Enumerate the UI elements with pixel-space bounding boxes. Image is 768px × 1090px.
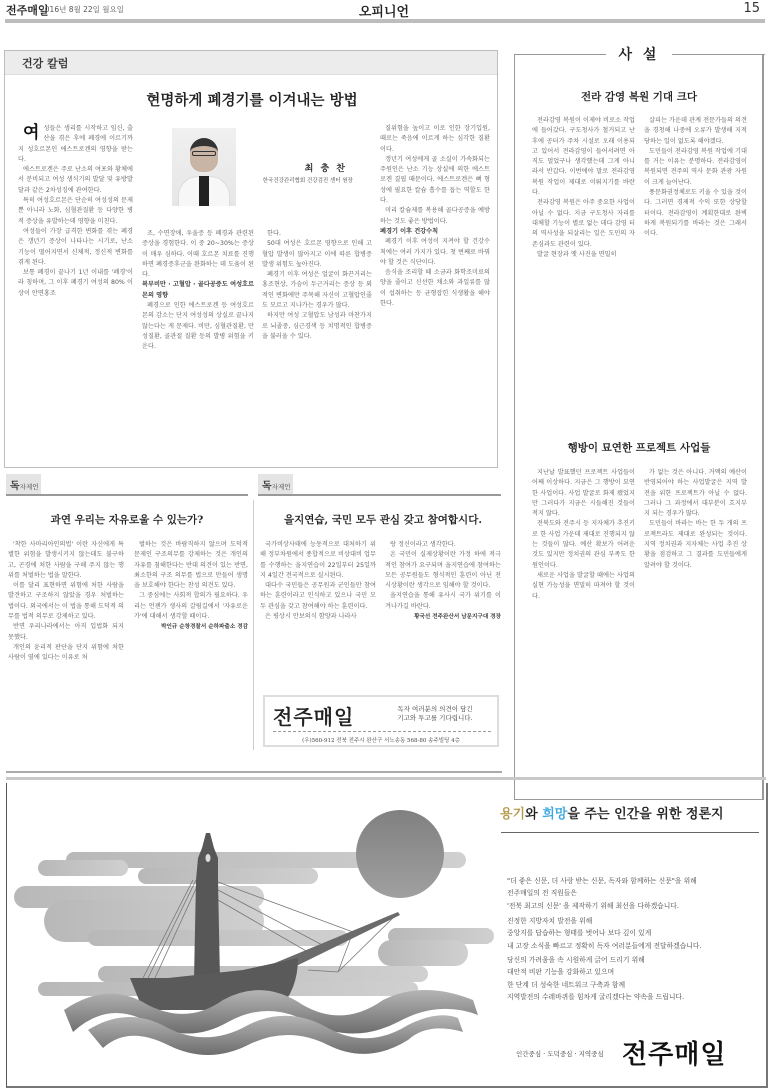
subheading: 복부비만 · 고혈압 · 골다공증도 여성호르몬의 영향 <box>142 280 254 301</box>
paragraph: 반면 우리나라에서는 아직 입법화 되지 못했다. <box>8 622 124 643</box>
paragraph: 랑 정신이라고 생각한다. <box>385 540 501 550</box>
paragraph: 한다. <box>262 229 372 239</box>
section-rule <box>6 777 766 780</box>
reader-column-title-2: 을지연습, 국민 모두 관심 갖고 참여합시다. <box>258 512 508 527</box>
portrait-glasses <box>192 151 216 156</box>
slogan-text: 와 <box>525 807 542 822</box>
editorial-title-1: 전라 감영 복원 기대 크다 <box>514 89 764 104</box>
paragraph: 하지만 여성 고혈압도 남성과 마찬가지로 뇌졸중, 심근경색 등 치명적인 합… <box>262 311 372 342</box>
section-title: 오피니언 <box>0 1 768 20</box>
reader-1-byline: 박인규 순창경찰서 순하파출소 경감 <box>134 622 248 632</box>
promo-line: 중앙지를 답습하는 형태를 벗어나 보다 깊이 있게 <box>507 927 762 939</box>
masthead-rule <box>5 19 765 23</box>
paragraph: 살피는 가운데 관계 전문가들의 의견을 경청해 나중에 오류가 발생해 지적당… <box>644 116 747 147</box>
page-number: 15 <box>743 1 760 16</box>
health-column: 건강 칼럼 현명하게 폐경기를 이겨내는 방법 여성들은 생리를 시작하고 임신… <box>4 50 498 468</box>
health-column-category: 건강 칼럼 <box>5 51 497 75</box>
promo-line: 지역발전의 수레바퀴를 힘차게 굴리겠다는 약속을 드립니다. <box>507 991 762 1003</box>
author-name: 최 충 찬 <box>235 161 347 174</box>
author-title: 한국건강관리협회 건강검진 센터 원장 <box>233 176 353 184</box>
paragraph: 에스트로겐은 주로 난소의 여포와 황체에서 분비되고 여성 생식기의 발달 및… <box>18 165 133 196</box>
paragraph: 전라감영 복원이 이제야 비로소 작업에 들어갔다. 구도청사가 철거되고 난 … <box>532 116 635 198</box>
reader-tag-rest: 자제언 <box>20 483 39 491</box>
paragraph: 발굴 현장과 옛 사진을 면밀히 <box>532 250 635 260</box>
submission-message: 독자 여러분의 의견이 담긴 기고와 투고를 기다립니다. <box>380 705 490 723</box>
editorial-2-col-d: 가 없는 것은 아니다. 거액의 예산이 반영되어야 하는 사업발굴은 지역 발… <box>644 468 747 571</box>
promo-paragraph-3: 당신의 가려움을 속 시원하게 긁어 드리기 위해 대안적 비판 기능을 강화하… <box>507 954 762 1004</box>
column-divider <box>253 500 254 750</box>
slogan-underline <box>501 832 759 833</box>
reader-column-header: 독자제언 <box>258 474 501 496</box>
paragraph: '착한 사마리아인의법' 이란 자신에게 특별한 위험을 발생시키지 않는데도 … <box>8 540 124 581</box>
submission-message-line: 기고와 투고를 기다립니다. <box>380 714 490 723</box>
reader-tag-rest: 자제언 <box>272 483 291 491</box>
paragraph: 국가비상사태에 능동적으로 대처하기 위해 정부차원에서 종합적으로 비상대비 … <box>260 540 376 581</box>
promo-line: "더 좋은 신문, 더 사랑 받는 신문, 독자와 함께하는 신문"을 위해 <box>507 875 762 887</box>
masthead: 전주매일 2016년 8월 22일 월요일 오피니언 15 <box>0 0 768 20</box>
paragraph: 50대 여성은 호르몬 영향으로 인해 고혈압 발생이 많아지고 이에 따른 합… <box>262 239 372 270</box>
portrait-tie <box>199 176 209 206</box>
ship-illustration <box>8 800 498 1085</box>
health-column-text-col3: 한다. 50대 여성은 호르몬 영향으로 인해 고혈압 발생이 많아지고 이에 … <box>262 229 372 342</box>
paragraph: 개인의 윤리적 판단을 단지 위험에 처한 사람이 옆에 있다는 이유로 처 <box>8 643 124 664</box>
slogan-text: 을 주는 인간을 위한 정론지 <box>567 807 723 822</box>
paragraph: 이를 달리 표현하면 위험에 처한 사람을 발견하고 구조하지 않았을 경우 처… <box>8 581 124 622</box>
promo-paragraph-1: "더 좋은 신문, 더 사랑 받는 신문, 독자와 함께하는 신문"을 위해 전… <box>507 875 762 912</box>
author-portrait <box>172 128 236 206</box>
paragraph: 미리 칼슘제를 복용해 골다공증을 예방하는 것도 좋은 방법이다. <box>380 206 490 227</box>
paragraph: 지난날 발표했던 프로젝트 사업들이 어째 이상하다. 지금은 그 행방이 묘연… <box>532 468 635 519</box>
editorial-2-col-c: 지난날 발표했던 프로젝트 사업들이 어째 이상하다. 지금은 그 행방이 묘연… <box>532 468 635 602</box>
reader-column-header: 독자제언 <box>6 474 248 496</box>
paragraph: 음식을 조리할 때 소금과 화학조미료의 양을 줄이고 신선한 채소와 과일류를… <box>380 268 490 309</box>
reader-2-col-2: 랑 정신이라고 생각한다. 온 국민이 실제상황이란 가정 하에 적극적인 참여… <box>385 540 501 622</box>
submission-message-line: 독자 여러분의 의견이 담긴 <box>380 705 490 714</box>
reader-2-byline: 황국선 전주완산서 남문지구대 경장 <box>385 612 501 622</box>
editorial-1-col-b: 살피는 가운데 관계 전문가들의 의견을 경청해 나중에 오류가 발생해 지적당… <box>644 116 747 240</box>
health-column-title: 현명하게 폐경기를 이겨내는 방법 <box>5 89 499 110</box>
paragraph: 은 평상시 안보의식 함양과 나라사 <box>260 612 376 622</box>
subheading: 폐경기 이후 건강수칙 <box>380 227 490 237</box>
health-column-text-col1: 여성들은 생리를 시작하고 임신, 출산을 겪은 후에 폐경에 이르기까지 성호… <box>18 124 133 299</box>
paragraph: 조, 수면장애, 우울증 등 폐경과 관련된 증상을 경험한다. 이 중 20~… <box>142 229 254 280</box>
paragraph: 을지연습을 통해 유사시 국가 위기를 이겨나가길 바란다. <box>385 591 501 612</box>
promo-line: 진정한 지방자치 발전을 위해 <box>507 915 762 927</box>
paragraph: 도민들이 바라는 바는 한 두 개의 프로젝트라도 제대로 완성되는 것이다. … <box>644 519 747 570</box>
paragraph: 특히 여성호르몬은 단순히 여성성의 문제뿐 아니라 노화, 심혈관질환 등 다… <box>18 196 133 227</box>
dropcap: 여 <box>23 124 39 142</box>
promo-line: 당신의 가려움을 속 시원하게 긁어 드리기 위해 <box>507 954 762 966</box>
paragraph: 그 중심에는 사회적 합의가 필요하다. 우리는 언젠가 생사의 갈림길에서 '… <box>134 591 248 622</box>
editorial-1-col-a: 전라감영 복원이 이제야 비로소 작업에 들어갔다. 구도청사가 철거되고 난 … <box>532 116 635 260</box>
paragraph: 보통 폐경이 끝나기 1년 이내를 '폐경'이라 칭하며, 그 이후 폐경기 여… <box>18 268 133 299</box>
paragraph: 가 없는 것은 아니다. 거액의 예산이 반영되어야 하는 사업발굴은 지역 발… <box>644 468 747 519</box>
paragraph: 전북도와 전주시 등 지자체가 추진키로 한 사업 가운데 제대로 진행되지 않… <box>532 519 635 570</box>
reader-tag-char: 독 <box>262 481 272 492</box>
dashed-divider <box>273 731 491 732</box>
promo-line: 한 단계 더 성숙한 네트워크 구축과 함께 <box>507 979 762 991</box>
paper-logo: 전주매일 <box>273 701 354 730</box>
slogan-word-hope: 희망 <box>542 807 567 822</box>
paragraph: 전라감영 복원은 아주 중요한 사업이 아닐 수 없다. 지금 구도청사 자리를… <box>532 198 635 249</box>
paragraph: 질위험을 높이고 이로 인한 장기입원, 때로는 죽음에 이르게 하는 심각한 … <box>380 124 490 155</box>
paragraph: 대다수 국민들은 공무원과 군인들만 참여하는 훈련이라고 인식하고 있으나 국… <box>260 581 376 612</box>
paragraph: 폐경기 이후 여성이 지켜야 할 건강수칙에는 여러 가지가 있다. 첫 번째로… <box>380 237 490 268</box>
reader-tag-char: 독 <box>10 481 20 492</box>
promo-line: '전북 최고의 신문' 을 제작하기 위해 최선을 다하겠습니다. <box>507 900 762 912</box>
health-column-text-col4: 질위험을 높이고 이로 인한 장기입원, 때로는 죽음에 이르게 하는 심각한 … <box>380 124 490 309</box>
promo-line: 내 고장 소식을 빠르고 정확히 독자 여러분들에게 전달하겠습니다. <box>507 940 762 952</box>
promo-tagline: 인간중심 · 도덕중심 · 지역중심 <box>516 1049 604 1058</box>
reader-tag: 독자제언 <box>258 474 293 494</box>
paragraph: 폐경으로 인한 에스트로겐 등 여성호르몬의 감소는 단지 여성성의 상실로 끝… <box>142 301 254 352</box>
reader-2-col-1: 국가비상사태에 능동적으로 대처하기 위해 정부차원에서 종합적으로 비상대비 … <box>260 540 376 622</box>
paragraph: 갱년기 여성에게 골 소실이 가속화되는 주원인은 난소 기능 상실에 의한 에… <box>380 155 490 206</box>
promo-slogan: 용기와 희망을 주는 인간을 위한 정론지 <box>500 803 760 822</box>
paragraph: 도민들이 전라감영 복원 작업에 기대를 거는 이유는 분명하다. 전라감영이 … <box>644 147 747 188</box>
editorial-title-2: 행방이 묘연한 프로젝트 사업들 <box>514 440 764 455</box>
postal-address: (우)560-912 전북 전주시 완산구 서노송동 568-80 송주빌딩 4… <box>265 736 497 744</box>
reader-tag: 독자제언 <box>6 474 41 494</box>
section-rule <box>6 771 502 773</box>
promo-paragraph-2: 진정한 지방자치 발전을 위해 중앙지를 답습하는 형태를 벗어나 보다 깊이 … <box>507 915 762 952</box>
submission-notice-box: 전주매일 독자 여러분의 의견이 담긴 기고와 투고를 기다립니다. (우)56… <box>263 695 499 747</box>
reader-1-col-1: '착한 사마리아인의법' 이란 자신에게 특별한 위험을 발생시키지 않는데도 … <box>8 540 124 664</box>
paragraph: 온 국민이 실제상황이란 가정 하에 적극적인 참여가 요구되며 을지연습에 참… <box>385 550 501 591</box>
promo-logo: 전주매일 <box>622 1034 726 1071</box>
reader-1-col-2: 벌하는 것은 바람직하지 않으며 도덕적 문제인 구조의무를 강제하는 것은 개… <box>134 540 248 633</box>
paragraph: 폐경기 이후 여성은 얼굴이 화끈거리는 홍조현상, 가슴이 두근거리는 증상 … <box>262 270 372 311</box>
paragraph: 새로운 사업을 발굴할 때에는 사업의 실현 가능성을 면밀히 따져야 할 것이… <box>532 571 635 602</box>
paragraph: 풍문화권정체로도 키울 수 있을 것이다. 그러면 경제적 수익 또한 상당할 … <box>644 188 747 239</box>
promo-line: 전주매일의 전 직원들은 <box>507 887 762 899</box>
health-column-text-col2: 조, 수면장애, 우울증 등 폐경과 관련된 증상을 경험한다. 이 중 20~… <box>142 229 254 353</box>
paragraph: 여성들이 가장 급격한 변화를 겪는 폐경은 갱년기 증상이 나타나는 시기로,… <box>18 227 133 268</box>
reader-column-title-1: 과연 우리는 자유로울 수 있는가? <box>6 512 248 527</box>
promo-line: 대안적 비판 기능을 강화하고 있으며 <box>507 966 762 978</box>
slogan-word-courage: 용기 <box>500 807 525 822</box>
paragraph: 벌하는 것은 바람직하지 않으며 도덕적 문제인 구조의무를 강제하는 것은 개… <box>134 540 248 591</box>
